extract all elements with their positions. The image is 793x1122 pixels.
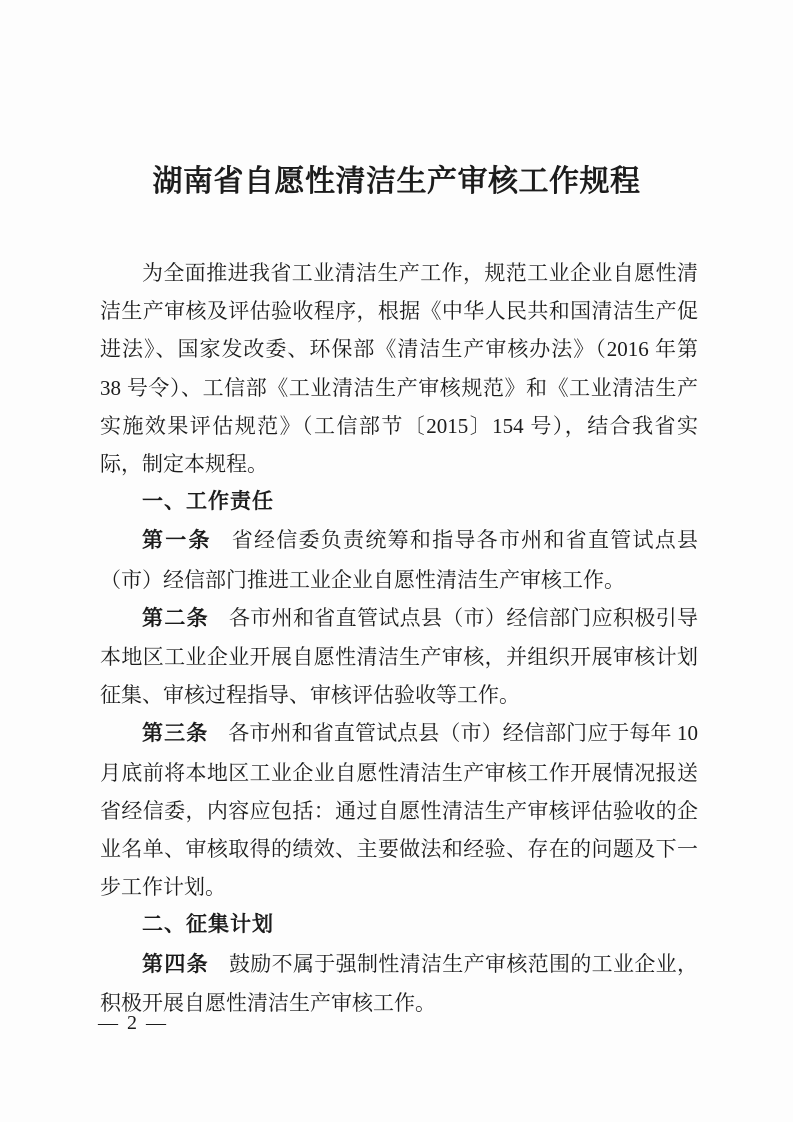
article-4: 第四条鼓励不属于强制性清洁生产审核范围的工业企业，积极开展自愿性清洁生产审核工作… (100, 945, 698, 1022)
article-2-label: 第二条 (142, 607, 209, 630)
article-4-label: 第四条 (142, 953, 209, 976)
article-3-label: 第三条 (142, 722, 208, 745)
article-2: 第二条各市州和省直管试点县（市）经信部门应积极引导本地区工业企业开展自愿性清洁生… (100, 599, 698, 715)
intro-paragraph: 为全面推进我省工业清洁生产工作，规范工业企业自愿性清洁生产审核及评估验收程序，根… (100, 254, 698, 483)
article-1: 第一条省经信委负责统筹和指导各市州和省直管试点县（市）经信部门推进工业企业自愿性… (100, 521, 698, 598)
page-number: — 2 — (98, 1008, 168, 1038)
section-heading-collection-plan: 二、征集计划 (100, 906, 698, 944)
document-body: 为全面推进我省工业清洁生产工作，规范工业企业自愿性清洁生产审核及评估验收程序，根… (100, 254, 698, 1022)
article-1-label: 第一条 (142, 529, 212, 552)
document-page: 湖南省自愿性清洁生产审核工作规程 为全面推进我省工业清洁生产工作，规范工业企业自… (0, 0, 793, 1122)
article-3-text: 各市州和省直管试点县（市）经信部门应于每年 10 月底前将本地区工业企业自愿性清… (100, 721, 698, 899)
article-3: 第三条各市州和省直管试点县（市）经信部门应于每年 10 月底前将本地区工业企业自… (100, 714, 698, 906)
document-title: 湖南省自愿性清洁生产审核工作规程 (0, 0, 793, 204)
section-heading-work-duty: 一、工作责任 (100, 483, 698, 521)
